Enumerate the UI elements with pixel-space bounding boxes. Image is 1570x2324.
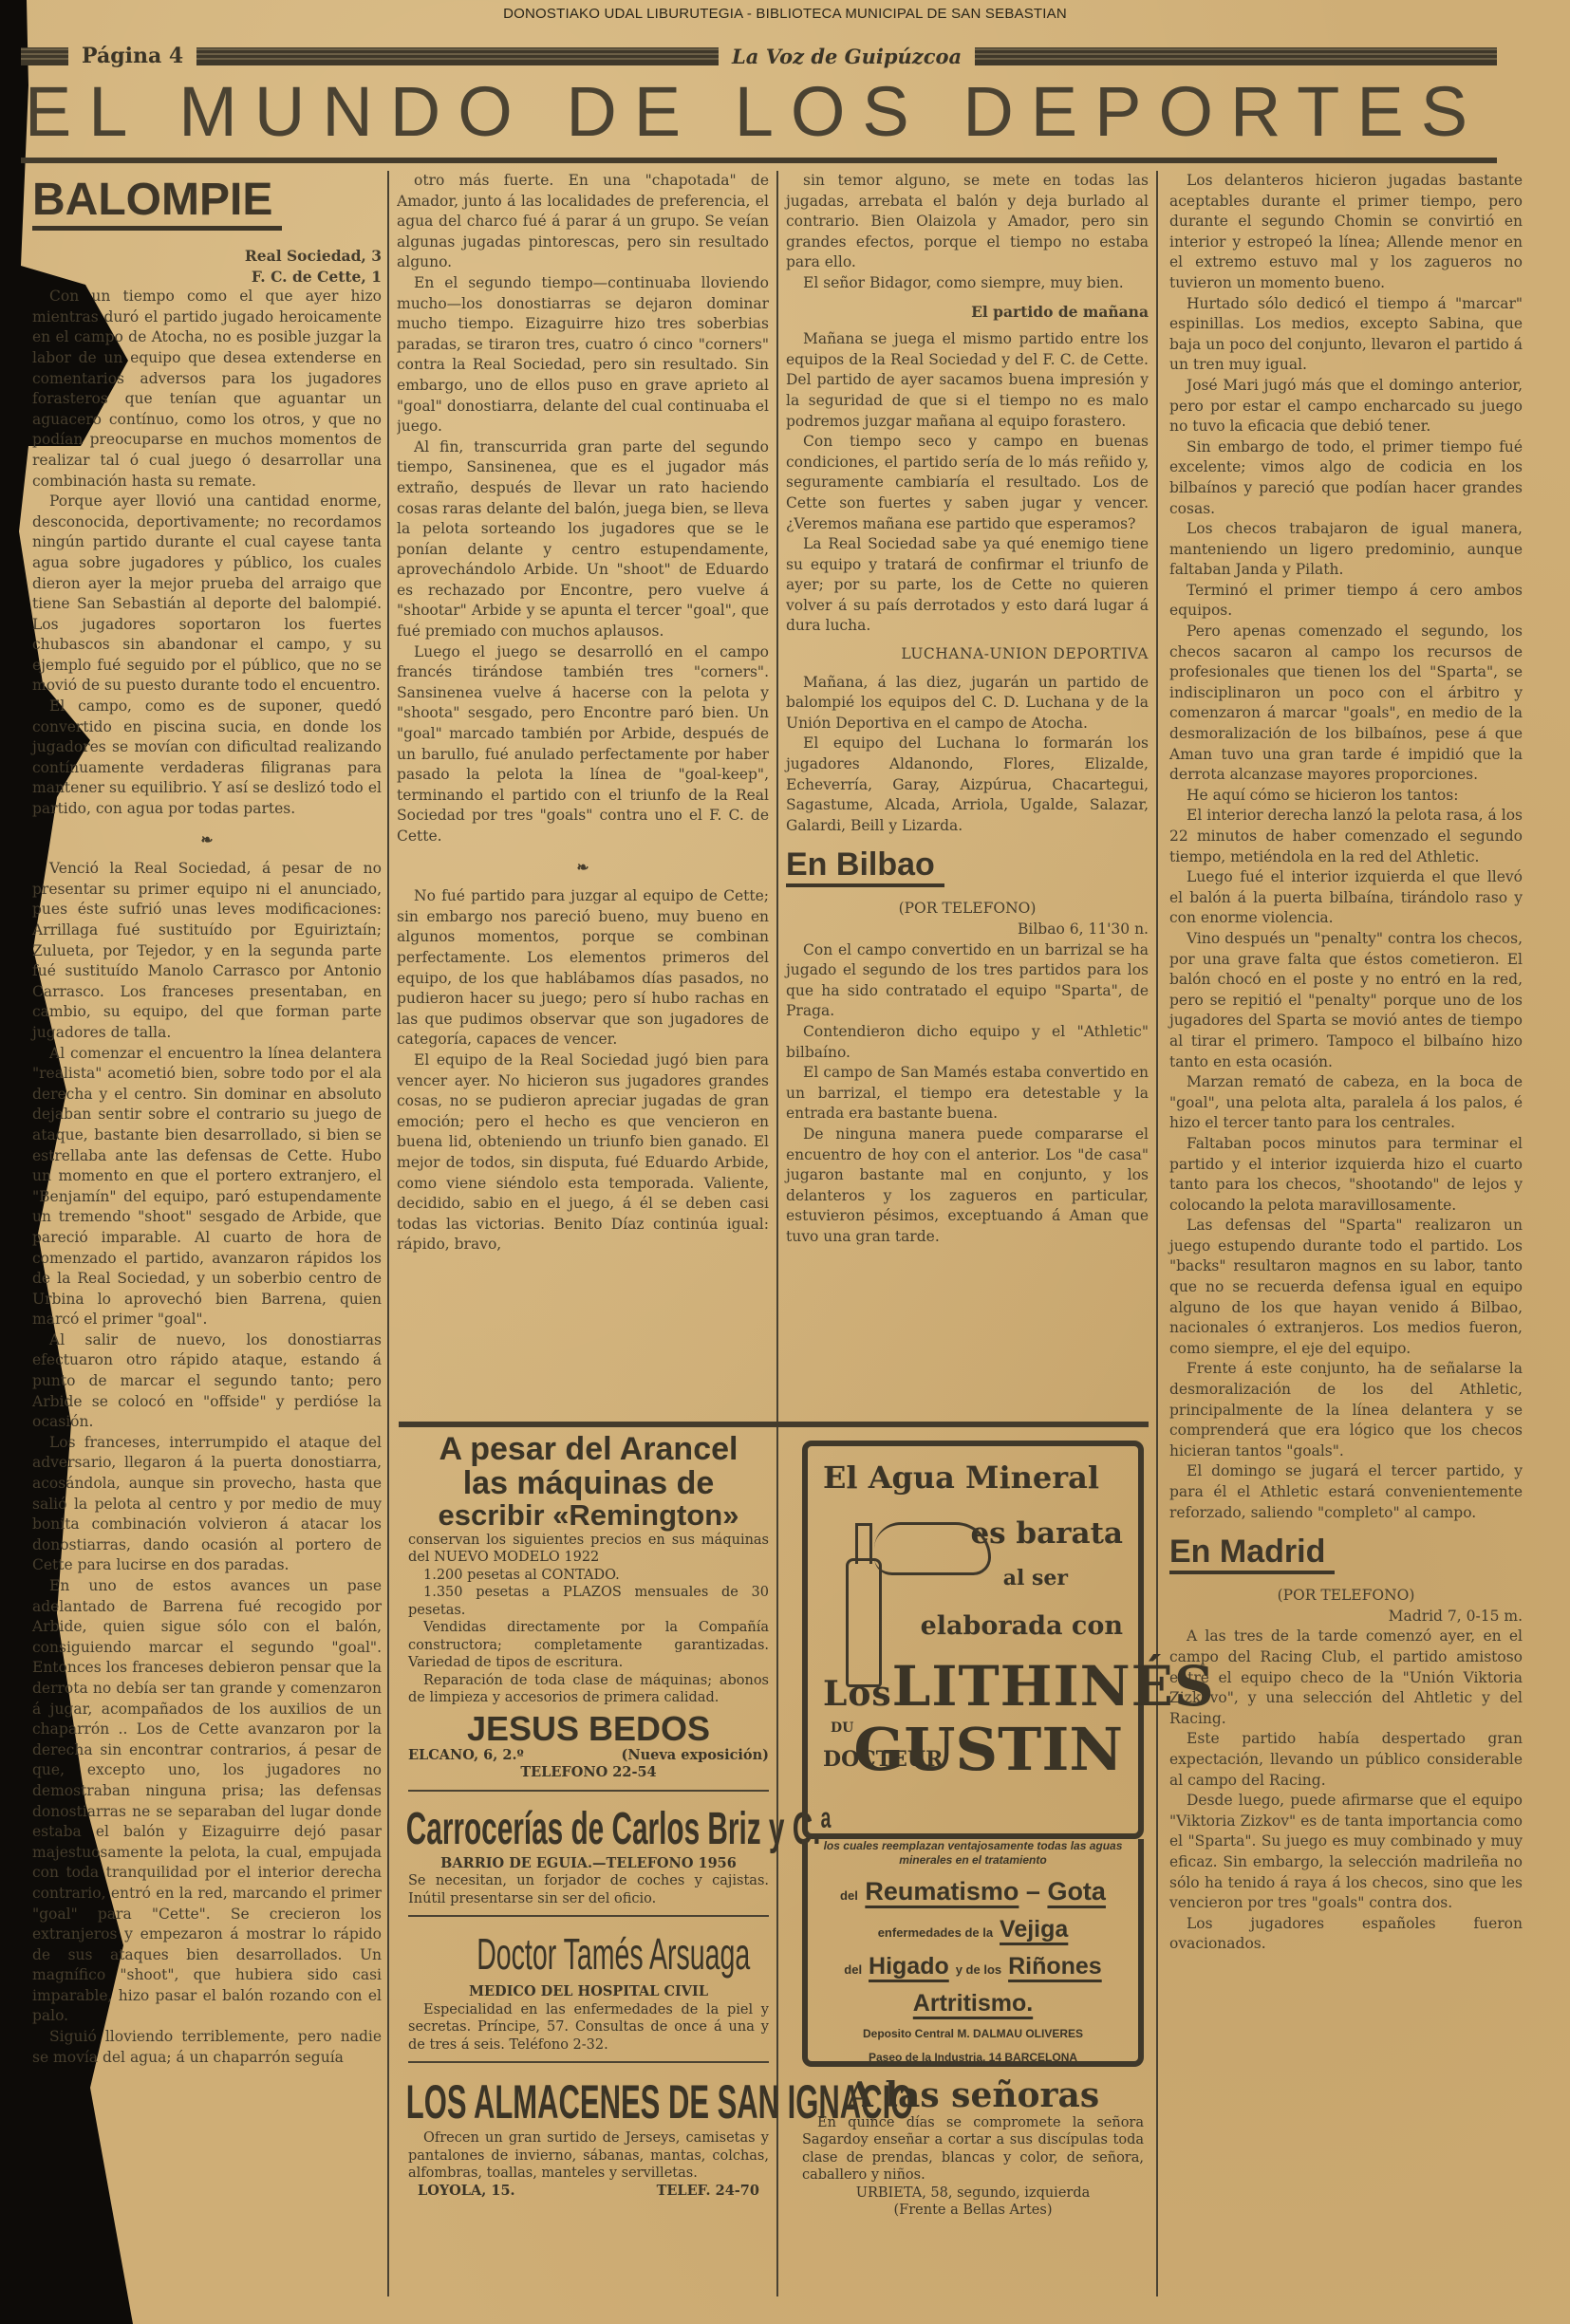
- paragraph: Los jugadores españoles fueron ovacionad…: [1169, 1914, 1523, 1955]
- paragraph: Mañana se juega el mismo partido entre l…: [786, 329, 1149, 432]
- ad-line: El Agua Mineral: [823, 1459, 1123, 1496]
- bottle-illustration: [846, 1558, 882, 1687]
- newspaper-name: La Voz de Guipúzcoa: [732, 45, 962, 68]
- paragraph: Porque ayer llovió una cantidad enorme, …: [32, 492, 382, 697]
- ad-line: Vendidas directamente por la Compañía co…: [408, 1619, 769, 1672]
- page-number: Página 4: [82, 44, 183, 68]
- ad-body: Especialidad en las enfermedades de la p…: [408, 2001, 769, 2054]
- paragraph: Frente á este conjunto, ha de señalarse …: [1169, 1359, 1523, 1461]
- score-line: F. C. de Cette, 1: [32, 267, 382, 288]
- ad-line: Reparación de toda clase de máquinas; ab…: [408, 1672, 769, 1707]
- dateline: Bilbao 6, 11'30 n.: [786, 920, 1149, 940]
- column-rule: [1156, 171, 1158, 2296]
- paragraph: José Mari jugó más que el domingo anteri…: [1169, 376, 1523, 437]
- ad-seller: JESUS BEDOS: [408, 1711, 769, 1747]
- ad-address: URBIETA, 58, segundo, izquierda: [802, 2185, 1144, 2203]
- column-4: Los delanteros hicieron jugadas bastante…: [1169, 171, 1523, 1955]
- paragraph: Los franceses, interrumpido el ataque de…: [32, 1433, 382, 1576]
- ad-landmark: (Frente a Bellas Artes): [802, 2202, 1144, 2220]
- ad-divider: [408, 1790, 769, 1795]
- paragraph: Mañana, á las diez, jugarán un partido d…: [786, 673, 1149, 734]
- paragraph: Vino después un "penalty" contra los che…: [1169, 929, 1523, 1072]
- paragraph: El campo de San Mamés estaba convertido …: [786, 1063, 1149, 1125]
- lithines-ad-lower: los cuales reemplazan ventajosamente tod…: [802, 1839, 1144, 2067]
- paragraph: Pero apenas comenzado el segundo, los ch…: [1169, 622, 1523, 786]
- balompie-heading: BALOMPIE: [32, 175, 282, 231]
- title-rule: [21, 158, 1497, 163]
- paragraph: De ninguna manera puede compararse el en…: [786, 1125, 1149, 1248]
- subheading: LUCHANA-UNION DEPORTIVA: [786, 644, 1149, 665]
- paragraph: Luego fué el interior izquierda el que l…: [1169, 867, 1523, 929]
- paragraph: Sin embargo de todo, el primer tiempo fu…: [1169, 437, 1523, 519]
- paragraph: El interior derecha lanzó la pelota rasa…: [1169, 806, 1523, 867]
- paragraph: Siguió lloviendo terriblemente, pero nad…: [32, 2027, 382, 2068]
- ad-tagline: los cuales reemplazan ventajosamente tod…: [823, 1839, 1123, 1868]
- paragraph: Terminó el primer tiempo á cero ambos eq…: [1169, 581, 1523, 622]
- score-line: Real Sociedad, 3: [32, 246, 382, 267]
- ad-phone: TELEFONO 22-54: [408, 1764, 769, 1782]
- article-body: Mañana se juega el mismo partido entre l…: [786, 329, 1149, 637]
- subheading: El partido de mañana: [786, 302, 1149, 323]
- byline: (POR TELEFONO): [786, 899, 1149, 920]
- column-2: otro más fuerte. En una "chapotada" de A…: [397, 171, 769, 1404]
- column-1: BALOMPIE Real Sociedad, 3 F. C. de Cette…: [32, 171, 382, 2068]
- paragraph: Venció la Real Sociedad, á pesar de no p…: [32, 859, 382, 1043]
- paragraph: Hurtado sólo dedicó el tiempo á "marcar"…: [1169, 294, 1523, 376]
- ad-divider: [408, 1915, 769, 1921]
- column-rule: [387, 171, 389, 2296]
- ad-headline: Carrocerías de Carlos Briz y C.ª: [406, 1803, 771, 1855]
- ad-headline: escribir «Remington»: [408, 1500, 769, 1532]
- ad-address: ELCANO, 6, 2.º: [408, 1747, 524, 1765]
- ad-note: (Nueva exposición): [621, 1747, 769, 1765]
- article-body: sin temor alguno, se mete en todas las j…: [786, 171, 1149, 294]
- masthead: Página 4 La Voz de Guipúzcoa: [21, 42, 1497, 70]
- ad-divider: [399, 1422, 1149, 1427]
- ad-headline: Doctor Tamés Arsuaga: [477, 1928, 701, 1980]
- paragraph: Con el campo convertido en un barrizal s…: [786, 940, 1149, 1022]
- madrid-heading: En Madrid: [1169, 1533, 1335, 1574]
- column-rule: [776, 171, 778, 2296]
- ad-divider: [408, 2061, 769, 2067]
- column-3: sin temor alguno, se mete en todas las j…: [786, 171, 1149, 1248]
- paragraph: El domingo se jugará el tercer partido, …: [1169, 1461, 1523, 1523]
- ad-address: LOYOLA, 15.: [418, 2183, 515, 2201]
- masthead-rule: [975, 47, 1497, 65]
- paragraph: El señor Bidagor, como siempre, muy bien…: [786, 273, 1149, 294]
- paragraph: En uno de estos avances un pase adelanta…: [32, 1576, 382, 2027]
- article-body: Mañana, á las diez, jugarán un partido d…: [786, 673, 1149, 837]
- paragraph: La Real Sociedad sabe ya qué enemigo tie…: [786, 534, 1149, 637]
- section-title: EL MUNDO DE LOS DEPORTES: [9, 74, 1500, 150]
- paragraph: Luego el juego se desarrolló en el campo…: [397, 642, 769, 847]
- ad-body: En quince días se compromete la señora S…: [802, 2114, 1144, 2185]
- article-body: A las tres de la tarde comenzó ayer, en …: [1169, 1627, 1523, 1955]
- article-body: Con un tiempo como el que ayer hizo mien…: [32, 287, 382, 2068]
- ad-depot: Deposito Central M. DALMAU OLIVERES: [823, 2027, 1123, 2041]
- ad-subtitle: MEDICO DEL HOSPITAL CIVIL: [408, 1983, 769, 2001]
- ad-line: 1.200 pesetas al CONTADO.: [408, 1567, 769, 1585]
- paragraph: Al salir de nuevo, los donostiarras efec…: [32, 1330, 382, 1433]
- paragraph: Este partido había despertado gran expec…: [1169, 1729, 1523, 1791]
- masthead-rule: [196, 47, 719, 65]
- paragraph: A las tres de la tarde comenzó ayer, en …: [1169, 1627, 1523, 1729]
- ad-headline: LOS ALMACENES DE SAN IGNACIO: [406, 2074, 771, 2129]
- ad-brand: DU DOCTEUR GUSTIN: [823, 1715, 1123, 1784]
- bilbao-heading: En Bilbao: [786, 846, 944, 887]
- ad-depot: Paseo de la Industria, 14 BARCELONA: [823, 2051, 1123, 2065]
- paragraph: Con tiempo seco y campo en buenas condic…: [786, 432, 1149, 534]
- paragraph: El equipo del Luchana lo formarán los ju…: [786, 734, 1149, 836]
- byline: (POR TELEFONO): [1169, 1586, 1523, 1607]
- ad-headline: las máquinas de: [408, 1467, 769, 1501]
- paragraph: He aquí cómo se hicieron los tantos:: [1169, 786, 1523, 807]
- masthead-rule: [21, 47, 68, 65]
- senoras-ad: A las señoras En quince días se comprome…: [802, 2078, 1144, 2220]
- paragraph: Faltaban pocos minutos para terminar el …: [1169, 1134, 1523, 1216]
- paragraph: otro más fuerte. En una "chapotada" de A…: [397, 171, 769, 273]
- ad-line: 1.350 pesetas a PLAZOS mensuales de 30 p…: [408, 1584, 769, 1619]
- separator-ornament: ❧: [32, 829, 382, 850]
- paragraph: En el segundo tiempo—continuaba lloviend…: [397, 273, 769, 437]
- paragraph: Al fin, transcurrida gran parte del segu…: [397, 437, 769, 642]
- dateline: Madrid 7, 0-15 m.: [1169, 1607, 1523, 1627]
- paragraph: Los checos trabajaron de igual manera, m…: [1169, 519, 1523, 581]
- paragraph: El equipo de la Real Sociedad jugó bien …: [397, 1050, 769, 1255]
- ad-phone: TELEF. 24-70: [657, 2183, 759, 2201]
- paragraph: Con un tiempo como el que ayer hizo mien…: [32, 287, 382, 492]
- paragraph: Los delanteros hicieron jugadas bastante…: [1169, 171, 1523, 294]
- ad-body: Ofrecen un gran surtido de Jerseys, cami…: [408, 2129, 769, 2183]
- article-body: Con el campo convertido en un barrizal s…: [786, 940, 1149, 1248]
- remington-ad: A pesar del Arancel las máquinas de escr…: [408, 1433, 769, 2200]
- ad-headline: A pesar del Arancel: [408, 1433, 769, 1467]
- paragraph: Las defensas del "Sparta" realizaron un …: [1169, 1216, 1523, 1359]
- paragraph: Desde luego, puede afirmarse que el equi…: [1169, 1791, 1523, 1914]
- paragraph: No fué partido para juzgar al equipo de …: [397, 886, 769, 1050]
- paragraph: El campo, como es de suponer, quedó conv…: [32, 697, 382, 820]
- paragraph: Contendieron dicho equipo y el "Athletic…: [786, 1022, 1149, 1063]
- article-body: Los delanteros hicieron jugadas bastante…: [1169, 171, 1523, 1523]
- ad-address: BARRIO DE EGUIA.—TELEFONO 1956: [408, 1855, 769, 1873]
- ad-headline: A las señoras: [802, 2078, 1144, 2114]
- article-body: otro más fuerte. En una "chapotada" de A…: [397, 171, 769, 1255]
- ad-body: Se necesitan, un forjador de coches y ca…: [408, 1872, 769, 1907]
- hand-illustration: [874, 1522, 991, 1575]
- paragraph: Al comenzar el encuentro la línea delant…: [32, 1044, 382, 1330]
- paragraph: sin temor alguno, se mete en todas las j…: [786, 171, 1149, 273]
- paragraph: Marzan remató de cabeza, en la boca de "…: [1169, 1072, 1523, 1134]
- lithines-ad: El Agua Mineral es barata al ser elabora…: [802, 1441, 1144, 1839]
- library-header: DONOSTIAKO UDAL LIBURUTEGIA - BIBLIOTECA…: [0, 6, 1570, 22]
- separator-ornament: ❧: [397, 857, 769, 878]
- ad-body: conservan los siguientes precios en sus …: [408, 1532, 769, 1707]
- ad-line: conservan los siguientes precios en sus …: [408, 1532, 769, 1567]
